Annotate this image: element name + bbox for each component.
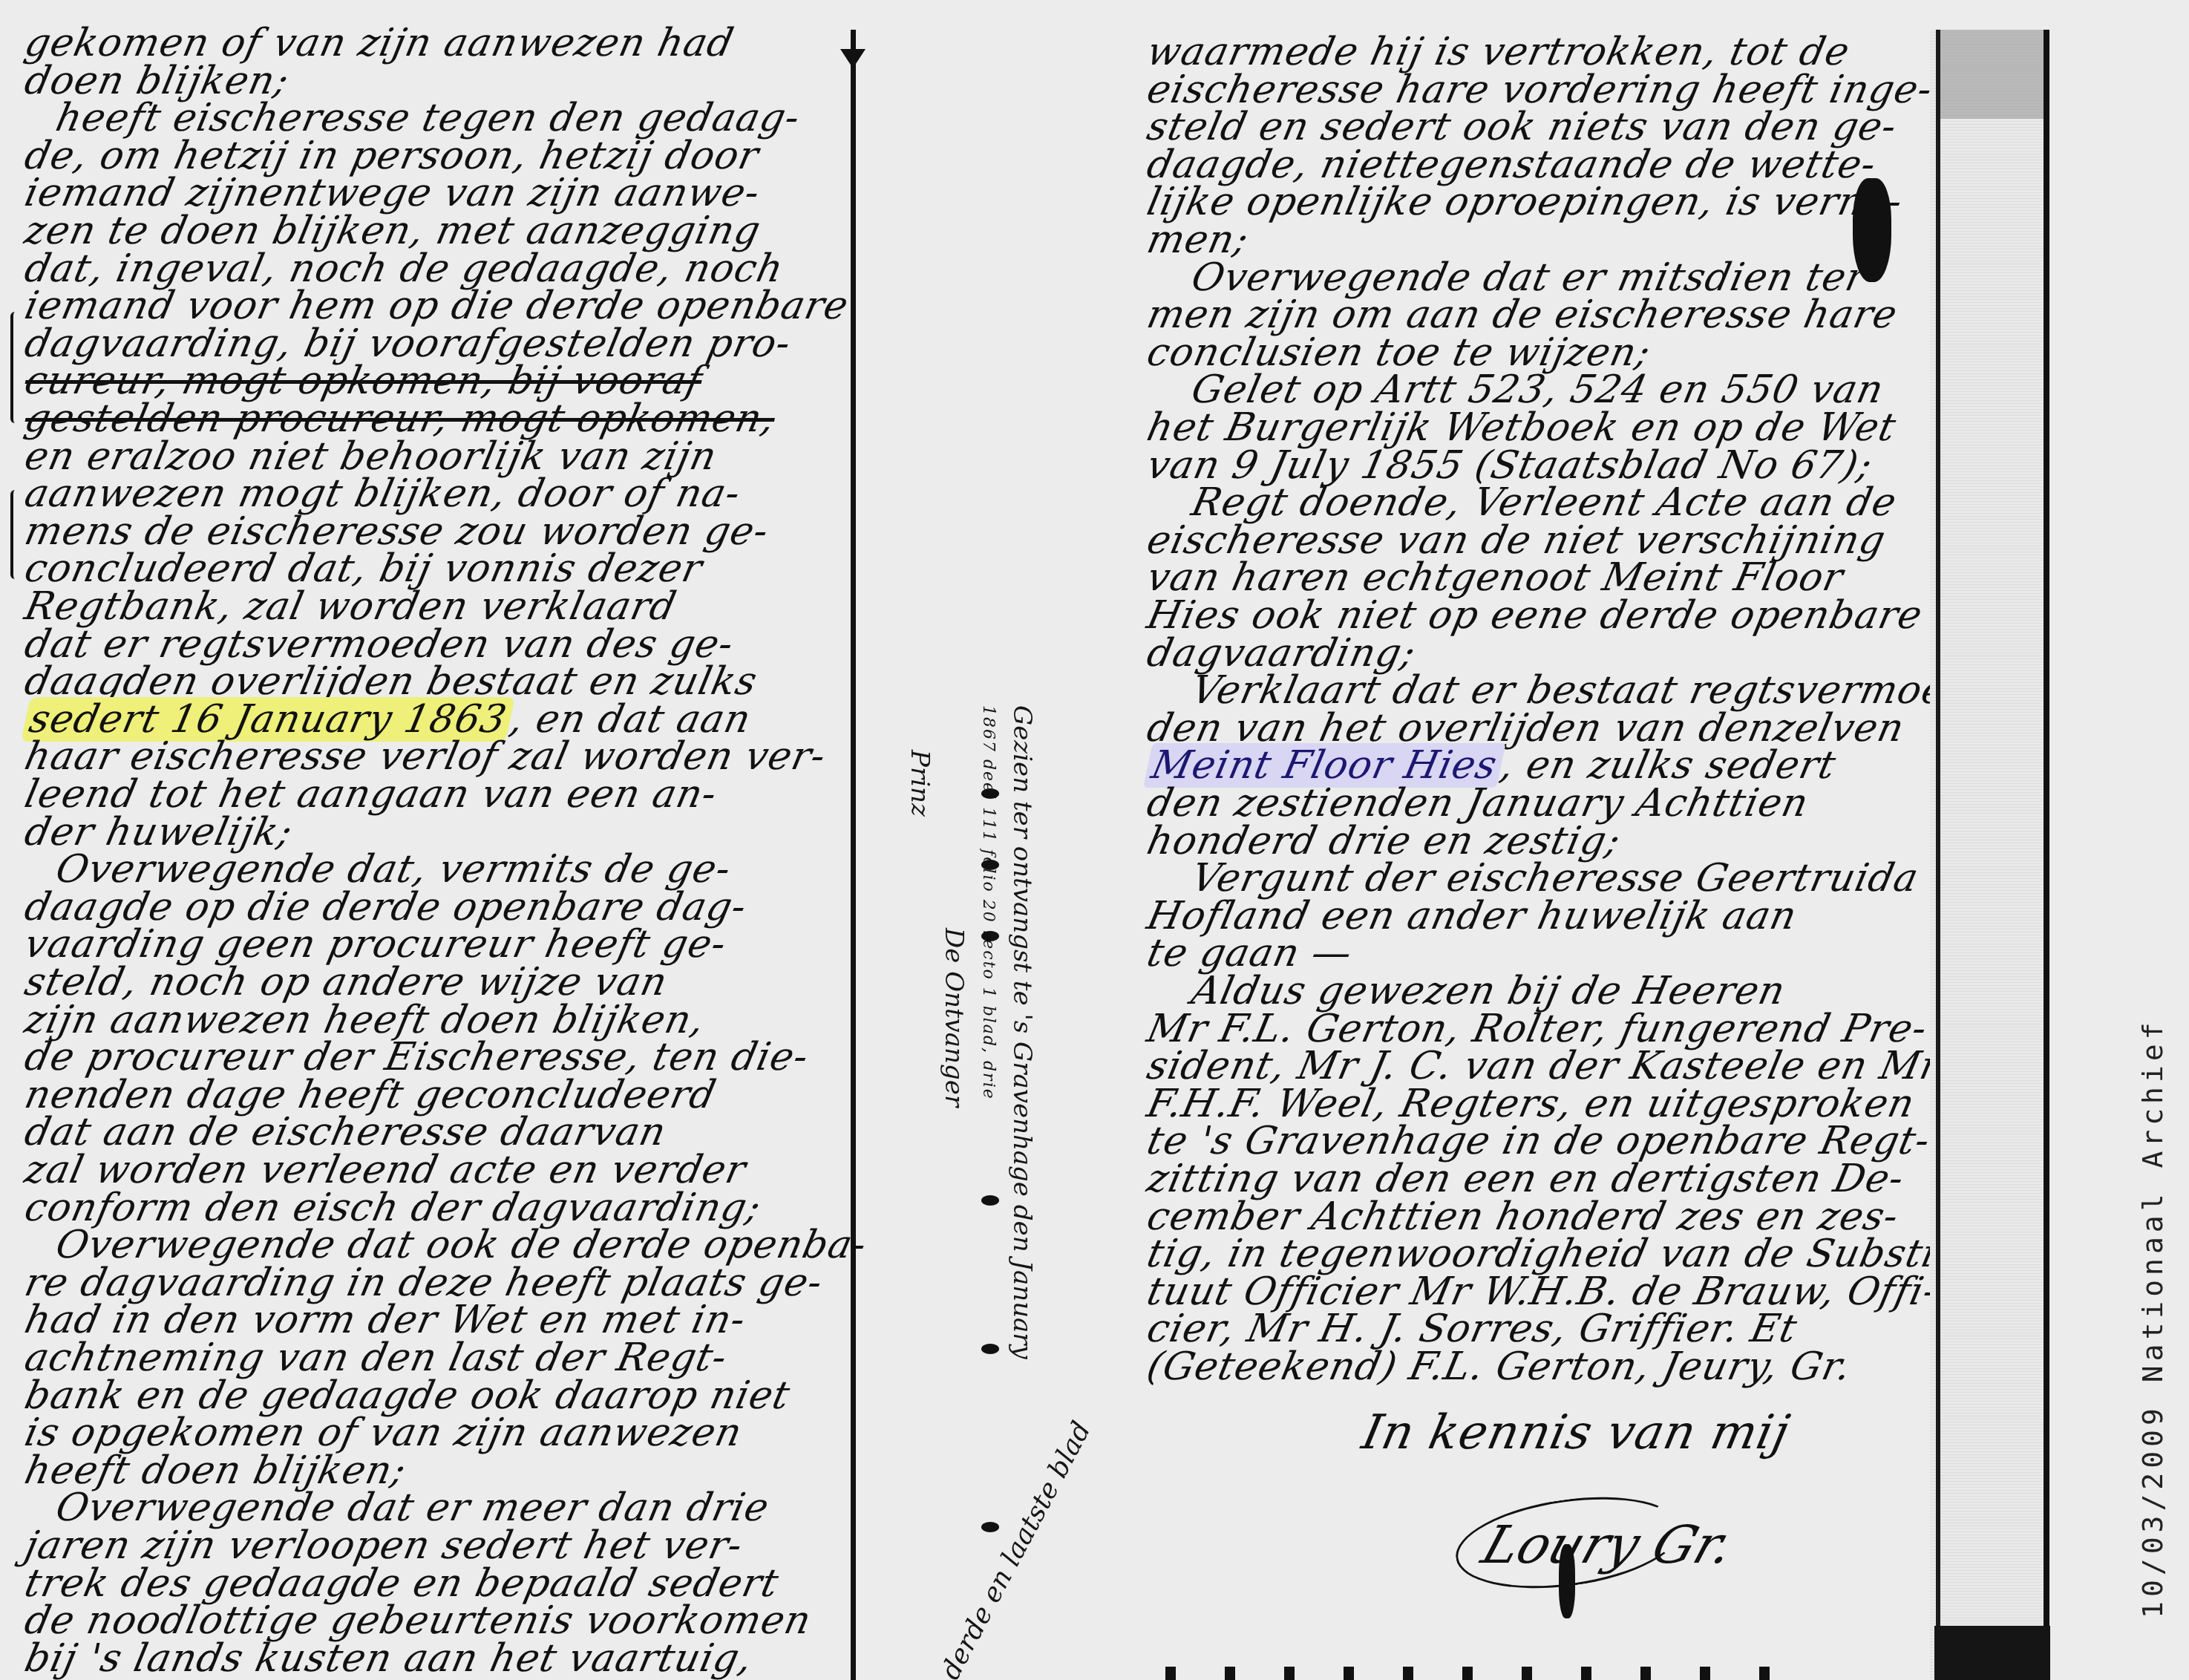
binding-hole-mark — [981, 860, 999, 870]
left-text-line: bij 's lands kusten aan het vaartuig, — [21, 1636, 757, 1680]
column-divider-line — [851, 30, 856, 1680]
ink-blot — [1853, 178, 1891, 282]
arrow-down-icon — [840, 49, 866, 68]
binding-hole-mark — [981, 1522, 999, 1532]
clerk-signature: Loury Gr. — [1475, 1514, 1742, 1575]
binding-hole-mark — [981, 931, 999, 941]
margin-note-line: Prinz — [903, 705, 937, 1359]
bottom-edge-ink — [1165, 1667, 1789, 1680]
archive-watermark: 10/03/2009 Nationaal Archief — [2136, 1018, 2169, 1618]
page-edge-shadow — [1940, 30, 2044, 119]
page-edge-border-left — [1936, 30, 1940, 1680]
margin-bottom-annotation: derde en laatste blad — [935, 1416, 1097, 1680]
margin-note-line: Gezien ter ontvangst te 's Gravenhage de… — [1005, 705, 1039, 1359]
binding-hole-mark — [981, 1195, 999, 1206]
right-text-line: (Geteekend) F.L. Gerton, Jeury, Gr. — [1143, 1344, 1855, 1389]
margin-note-line: 1867 deel 111 folio 20 recto 1 blad, dri… — [971, 705, 1005, 1359]
right-text-line: lijke openlijke oproepingen, is verno- — [1143, 180, 1907, 224]
page-edge-dark-corner — [1934, 1626, 2050, 1680]
scanned-document: gekomen of van zijn aanwezen haddoen bli… — [0, 0, 2189, 1680]
margin-bracket-upper — [10, 312, 21, 423]
margin-note-line: De Ontvanger — [937, 705, 971, 1359]
closing-text: In kennis van mij — [1358, 1411, 1793, 1455]
binding-hole-mark — [981, 1344, 999, 1354]
binding-hole-mark — [981, 788, 999, 799]
margin-note: Gezien ter ontvangst te 's Gravenhage de… — [903, 705, 1039, 1359]
page-edge-border-right — [2044, 30, 2049, 1680]
page-edge — [1930, 30, 2049, 1680]
margin-bracket-lower — [10, 490, 21, 579]
